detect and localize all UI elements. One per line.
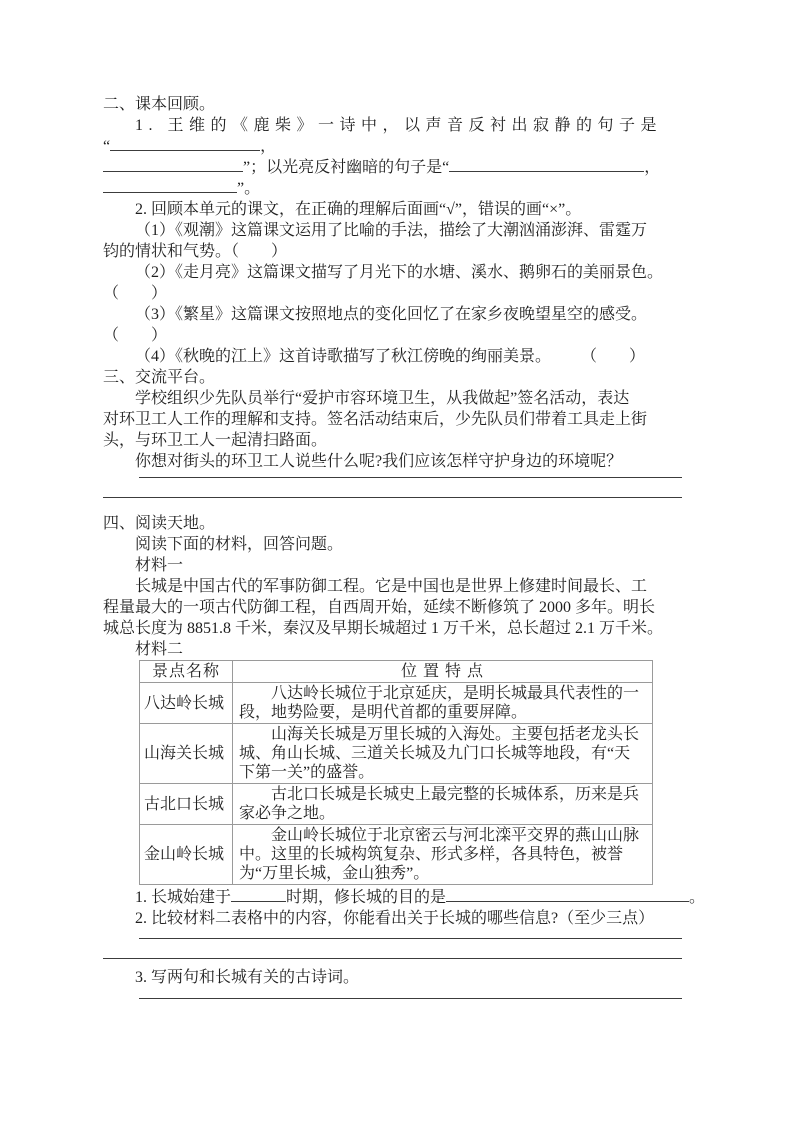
review-item-1-line1: （1）《观潮》这篇课文运用了比喻的手法，描绘了大潮汹涌澎湃、雷霆万 [103, 220, 690, 241]
answer-blank[interactable] [449, 157, 644, 172]
answer-blank[interactable] [103, 178, 237, 193]
review-q1-line2: “， [103, 136, 690, 157]
table-cell-features: 金山岭长城位于北京密云与河北滦平交界的燕山山脉中。这里的长城构筑复杂、形式多样，… [233, 825, 653, 885]
comma: ， [644, 159, 660, 176]
table-cell-features: 八达岭长城位于北京延庆，是明长城最具代表性的一段，地势险要，是明代首都的重要屏障… [233, 683, 653, 724]
reading-q1-part1: 1. 长城始建于 [135, 889, 231, 906]
worksheet-page: 二、课本回顾。 1. 王维的《鹿柴》一诗中，以声音反衬出寂静的句子是 “， ”；… [0, 0, 793, 1122]
table-row: 八达岭长城 八达岭长城位于北京延庆，是明长城最具代表性的一段，地势险要，是明代首… [140, 683, 653, 724]
answer-blank[interactable] [110, 136, 260, 151]
answer-blank[interactable] [103, 157, 243, 172]
open-quote: “ [103, 138, 110, 155]
platform-para-line2: 对环卫工人工作的理解和支持。签名活动结束后，少先队员们带着工具走上街 [103, 409, 690, 430]
table-cell-spot-name: 山海关长城 [140, 724, 233, 784]
table-cell-spot-name: 金山岭长城 [140, 825, 233, 885]
answer-blank[interactable] [231, 887, 286, 902]
material1-line2: 程量最大的一项古代防御工程，自西周开始，延续不断修筑了 2000 多年。明长 [103, 597, 690, 618]
platform-question: 你想对街头的环卫工人说些什么呢?我们应该怎样守护身边的环境呢？ [103, 451, 690, 472]
review-item-2-line2: （ ） [103, 283, 690, 304]
close-quote-period: ”。 [237, 180, 260, 197]
platform-para-line3: 头，与环卫工人一起清扫路面。 [103, 430, 690, 451]
review-q1-line1: 1. 王维的《鹿柴》一诗中，以声音反衬出寂静的句子是 [103, 115, 690, 136]
section-platform-heading: 三、交流平台。 [103, 367, 690, 388]
reading-q1: 1. 长城始建于时期，修长城的目的是。 [103, 887, 690, 908]
table-cell-spot-name: 古北口长城 [140, 784, 233, 825]
review-item-1-line2: 钧的情状和气势。（ ） [103, 241, 690, 262]
platform-para-line1: 学校组织少先队员举行“爱护市容环境卫生，从我做起”签名活动，表达 [103, 388, 690, 409]
reading-q3: 3. 写两句和长城有关的古诗词。 [103, 967, 690, 988]
reading-q2: 2. 比较材料二表格中的内容，你能看出关于长城的哪些信息?（至少三点） [103, 908, 690, 929]
table-header-features: 位 置 特 点 [233, 661, 653, 683]
period: 。 [689, 889, 705, 906]
answer-blank[interactable] [446, 887, 689, 902]
review-item-3-line1: （3）《繁星》这篇课文按照地点的变化回忆了在家乡夜晚望星空的感受。 [103, 304, 690, 325]
review-item-4-line: （4）《秋晚的江上》这首诗歌描写了秋江傍晚的绚丽美景。（ ） [103, 346, 690, 367]
table-row: 山海关长城 山海关长城是万里长城的入海处。主要包括老龙头长城、角山长城、三道关长… [140, 724, 653, 784]
table-row: 金山岭长城 金山岭长城位于北京密云与河北滦平交界的燕山山脉中。这里的长城构筑复杂… [140, 825, 653, 885]
answer-line[interactable] [139, 988, 682, 999]
material2-table: 景点名称 位 置 特 点 八达岭长城 八达岭长城位于北京延庆，是明长城最具代表性… [139, 660, 653, 885]
table-cell-features: 古北口长城是长城史上最完整的长城体系，历来是兵家必争之地。 [233, 784, 653, 825]
reading-intro: 阅读下面的材料，回答问题。 [103, 534, 690, 555]
table-header-row: 景点名称 位 置 特 点 [140, 661, 653, 683]
answer-line[interactable] [139, 929, 682, 939]
answer-line[interactable] [103, 939, 682, 959]
review-item-3-line2: （ ） [103, 325, 690, 346]
q1-mid-text: ”；以光亮反衬幽暗的句子是“ [243, 159, 449, 176]
review-item-4-text: （4）《秋晚的江上》这首诗歌描写了秋江傍晚的绚丽美景。 [135, 348, 551, 365]
material1-line3: 城总长度为 8851.8 千米，秦汉及早期长城超过 1 万千米，总长超过 2.1… [103, 618, 690, 639]
review-q1-line3: ”；以光亮反衬幽暗的句子是“， [103, 157, 690, 178]
material2-label: 材料二 [103, 639, 690, 660]
review-item-4-paren: （ ） [581, 348, 645, 365]
review-q2-lead: 2. 回顾本单元的课文，在正确的理解后面画“√”，错误的画“×”。 [103, 199, 690, 220]
section-review-heading: 二、课本回顾。 [103, 94, 690, 115]
table-cell-features: 山海关长城是万里长城的入海处。主要包括老龙头长城、角山长城、三道关长城及九门口长… [233, 724, 653, 784]
table-row: 古北口长城 古北口长城是长城史上最完整的长城体系，历来是兵家必争之地。 [140, 784, 653, 825]
reading-q1-part2: 时期，修长城的目的是 [286, 889, 446, 906]
answer-line[interactable] [103, 478, 682, 498]
worksheet-content: 二、课本回顾。 1. 王维的《鹿柴》一诗中，以声音反衬出寂静的句子是 “， ”；… [0, 0, 793, 999]
material1-label: 材料一 [103, 555, 690, 576]
comma: ， [260, 138, 276, 155]
table-header-spot-name: 景点名称 [140, 661, 233, 683]
section-reading-heading: 四、阅读天地。 [103, 513, 690, 534]
review-item-2-line1: （2）《走月亮》这篇课文描写了月光下的水塘、溪水、鹅卵石的美丽景色。 [103, 262, 690, 283]
table-cell-spot-name: 八达岭长城 [140, 683, 233, 724]
review-q1-line4: ”。 [103, 178, 690, 199]
material1-line1: 长城是中国古代的军事防御工程。它是中国也是世界上修建时间最长、工 [103, 576, 690, 597]
